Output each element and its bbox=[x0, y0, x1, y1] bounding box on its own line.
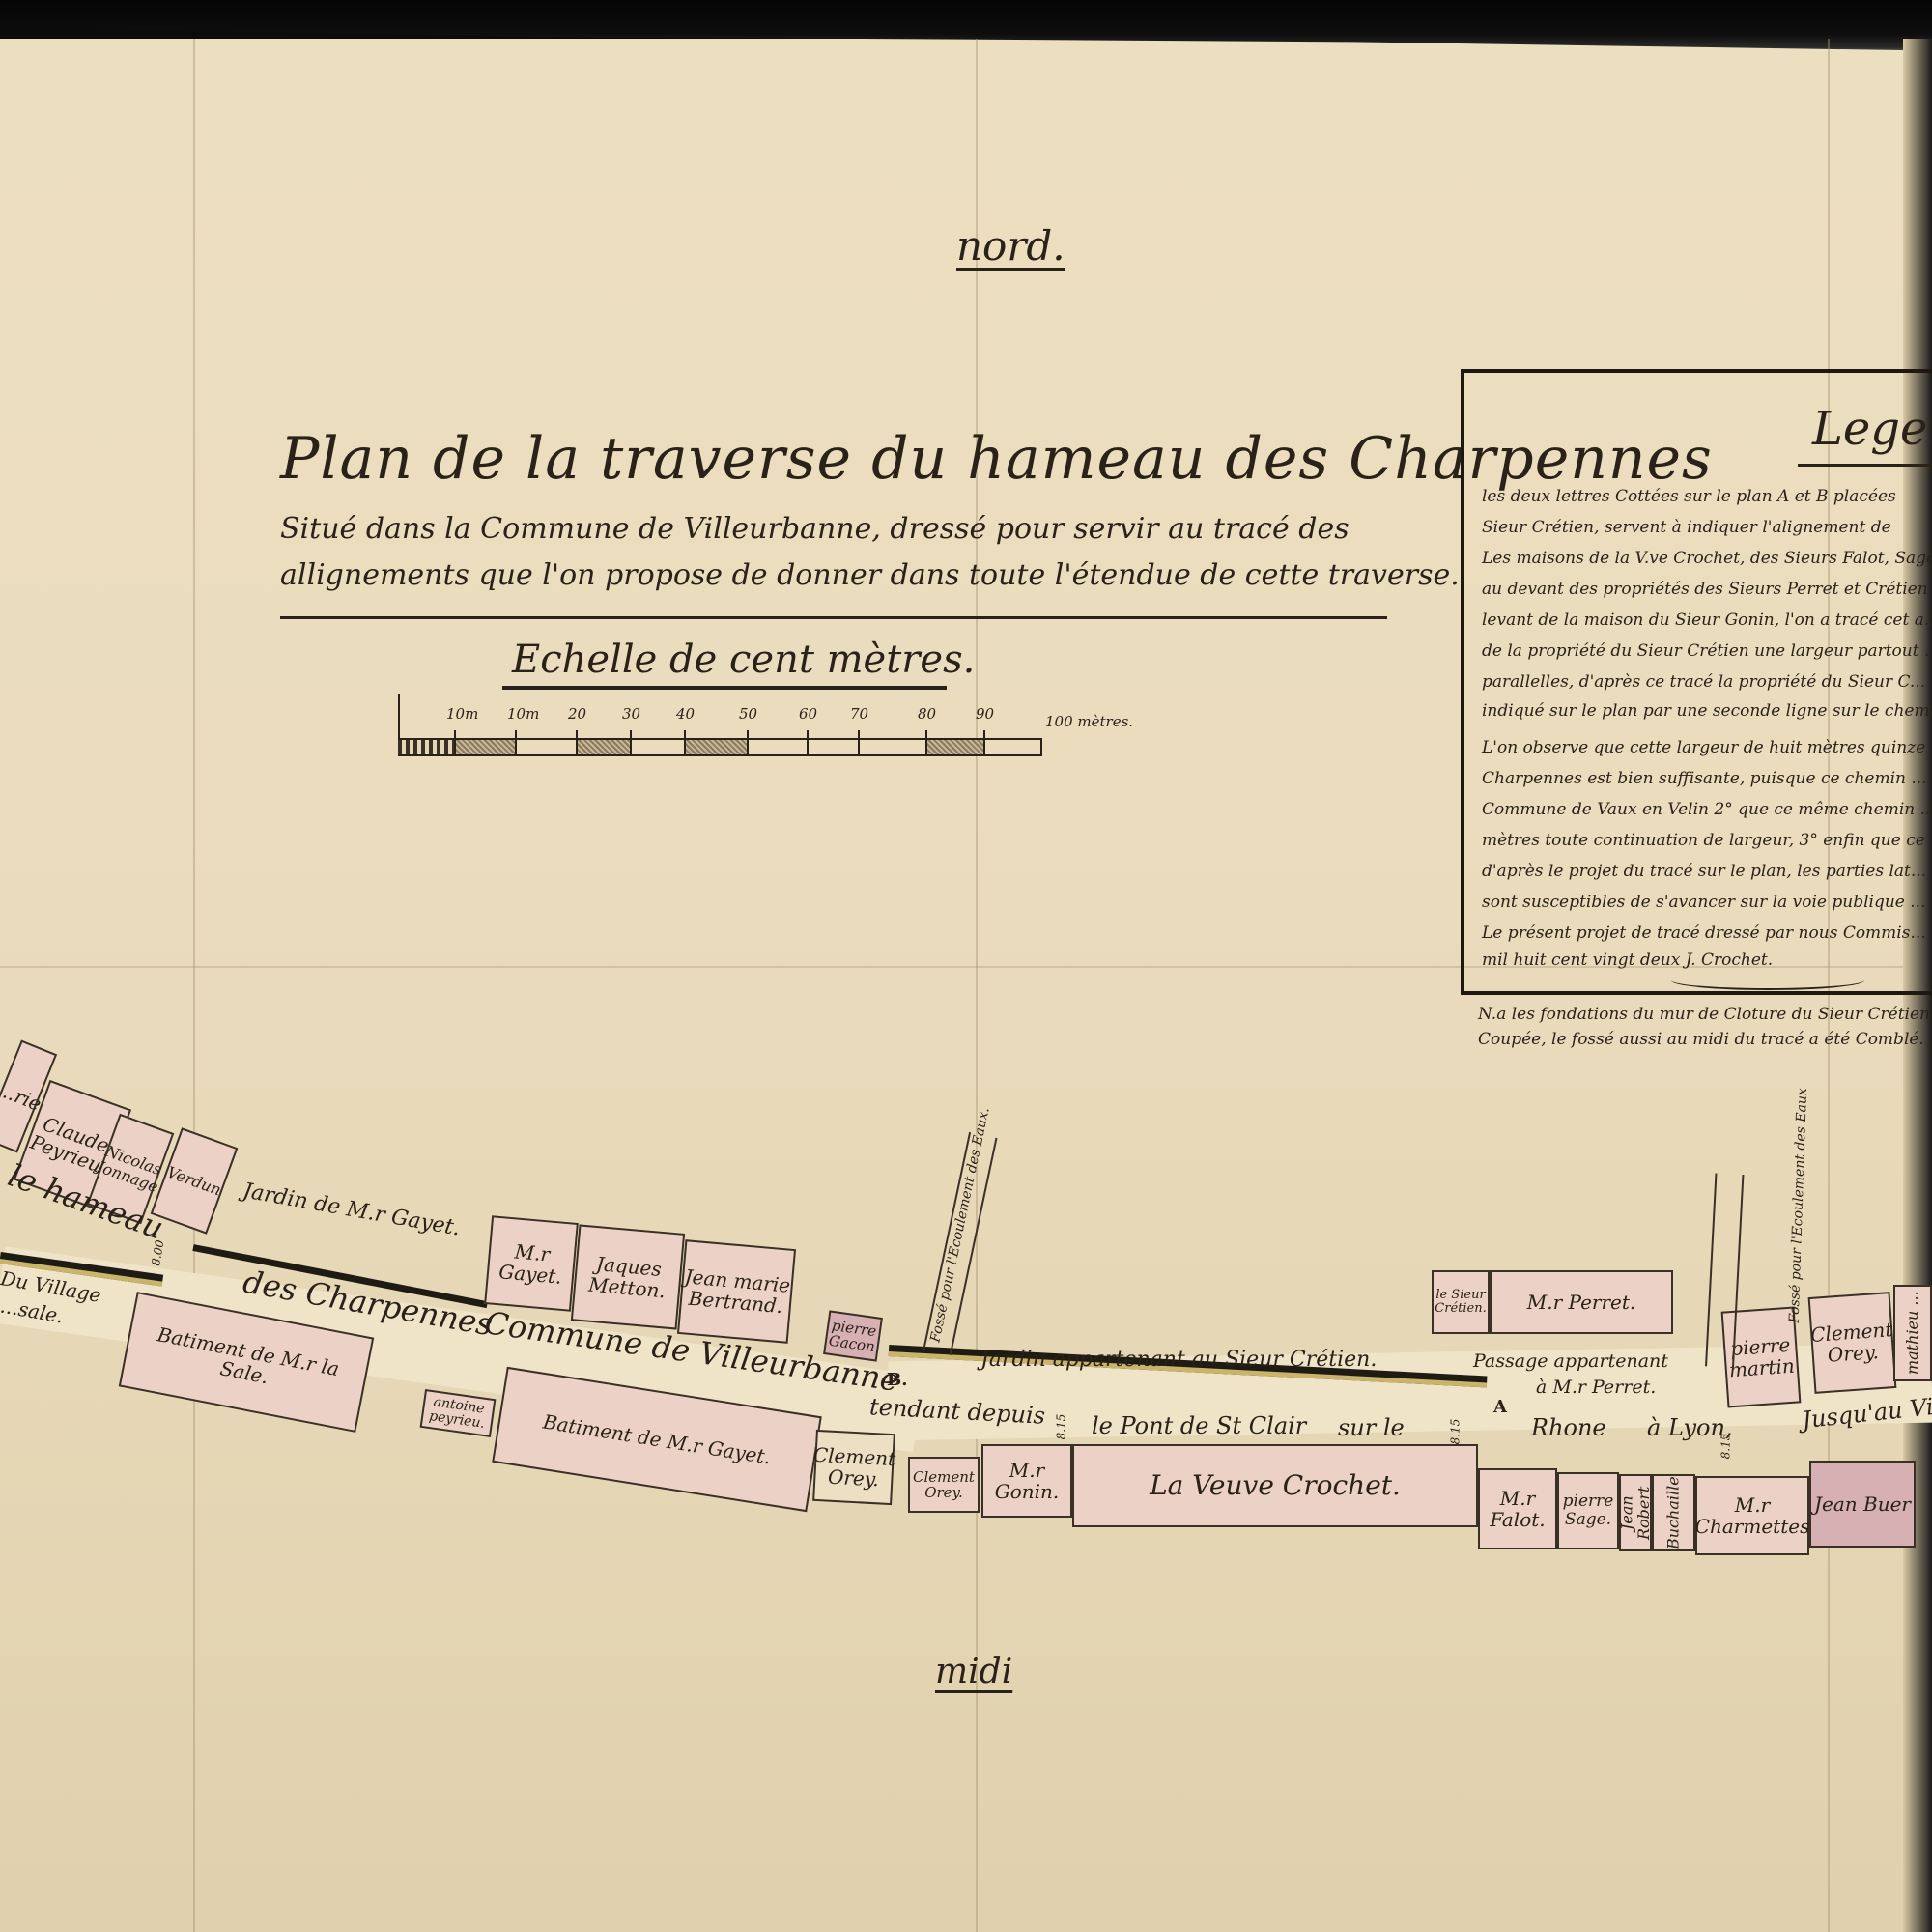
legend-note: Coupée, le fossé aussi au midi du tracé … bbox=[1478, 1030, 1924, 1049]
parcel-south: M.r Charmettes bbox=[1695, 1476, 1809, 1555]
legend-box: Legende les deux lettres Cottées sur le … bbox=[1461, 369, 1932, 995]
scale-label-end: 100 mètres. bbox=[1045, 713, 1133, 730]
scale-label: 80 bbox=[918, 705, 936, 723]
north-label: nord. bbox=[956, 222, 1065, 270]
scale-underline bbox=[502, 686, 947, 690]
scale-label: 10m bbox=[446, 705, 478, 723]
parcel-south: M.r Falot. bbox=[1478, 1468, 1557, 1549]
legend-text: Sieur Crétien, servent à indiquer l'alig… bbox=[1482, 518, 1891, 537]
scale-label: 90 bbox=[976, 705, 994, 723]
scale-tick bbox=[807, 730, 809, 756]
parcel-south: Buchaille bbox=[1652, 1474, 1695, 1551]
scale-segment bbox=[684, 740, 747, 754]
scale-tick bbox=[925, 730, 927, 756]
parcel-north: M.r Perret. bbox=[1490, 1270, 1673, 1334]
width-annotation: 8.15 bbox=[1448, 1419, 1462, 1445]
scale-segment bbox=[576, 740, 630, 754]
legend-title: Legende bbox=[1812, 402, 1932, 456]
legend-text: mètres toute continuation de largeur, 3°… bbox=[1482, 831, 1925, 850]
parcel-south: Clement Orey. bbox=[812, 1430, 895, 1505]
garden-label: Jardin appartenant au Sieur Crétien. bbox=[980, 1348, 1377, 1372]
legend-text: de la propriété du Sieur Crétien une lar… bbox=[1482, 641, 1932, 661]
legend-text: mil huit cent vingt deux J. Crochet. bbox=[1482, 951, 1773, 970]
legend-text: les deux lettres Cottées sur le plan A e… bbox=[1482, 487, 1896, 506]
south-label: midi bbox=[935, 1652, 1012, 1691]
point-B-marker: B. bbox=[887, 1370, 907, 1390]
title-underline bbox=[280, 616, 1387, 619]
scale-subdivision bbox=[398, 740, 454, 754]
legend-text: Charpennes est bien suffisante, puisque … bbox=[1482, 769, 1927, 788]
legend-text: parallelles, d'après ce tracé la proprié… bbox=[1482, 672, 1925, 692]
width-annotation: 8.15 bbox=[1054, 1414, 1067, 1440]
parcel-north: le Sieur Crétien. bbox=[1432, 1270, 1490, 1334]
passage-label: Passage appartenant bbox=[1473, 1350, 1668, 1372]
passage-label: à M.r Perret. bbox=[1536, 1377, 1656, 1398]
fold-line bbox=[976, 39, 978, 1932]
width-annotation: 8.15 bbox=[1719, 1434, 1732, 1460]
scale-title: Echelle de cent mètres. bbox=[512, 638, 975, 682]
parcel-south: pierre Sage. bbox=[1557, 1472, 1619, 1549]
legend-text: levant de la maison du Sieur Gonin, l'on… bbox=[1482, 611, 1932, 630]
road-label: sur le bbox=[1338, 1414, 1405, 1441]
parcel-south: Clement Orey. bbox=[908, 1457, 980, 1513]
parcel-south: Jean Buer bbox=[1809, 1461, 1916, 1548]
scale-tick bbox=[858, 730, 860, 756]
legend-note: N.a les fondations du mur de Cloture du … bbox=[1478, 1005, 1932, 1024]
parcel-north: M.r Gayet. bbox=[484, 1215, 579, 1311]
scale-label: 10m bbox=[507, 705, 539, 723]
scale-tick bbox=[576, 730, 578, 756]
legend-text: L'on observe que cette largeur de huit m… bbox=[1482, 738, 1925, 757]
legend-text: Commune de Vaux en Velin 2° que ce même … bbox=[1482, 800, 1932, 819]
scale-bar: 10m 10m 20 30 40 50 60 70 80 90 100 mètr… bbox=[398, 738, 1042, 756]
scale-tick bbox=[515, 730, 517, 756]
parcel-north: Jaques Metton. bbox=[571, 1224, 685, 1329]
scale-tick bbox=[747, 730, 749, 756]
scale-label: 40 bbox=[676, 705, 695, 723]
legend-text: Les maisons de la V.ve Crochet, des Sieu… bbox=[1482, 549, 1932, 568]
road-label: le Pont de St Clair bbox=[1092, 1412, 1306, 1439]
parcel-south: Jean Robert bbox=[1619, 1474, 1652, 1551]
parcel-north: mathieu ... bbox=[1893, 1285, 1932, 1381]
scale-tick bbox=[684, 730, 686, 756]
scale-label: 50 bbox=[739, 705, 757, 723]
legend-text: sont susceptibles de s'avancer sur la vo… bbox=[1482, 893, 1925, 912]
scale-tick bbox=[983, 730, 985, 756]
map-subtitle-line2: allignements que l'on propose de donner … bbox=[280, 558, 1460, 592]
fold-line bbox=[193, 39, 195, 1932]
scale-label: 60 bbox=[799, 705, 817, 723]
legend-title-underline bbox=[1798, 464, 1932, 467]
scale-segment bbox=[454, 740, 515, 754]
legend-text: Le présent projet de tracé dressé par no… bbox=[1482, 923, 1926, 943]
scale-label: 70 bbox=[850, 705, 868, 723]
scale-label: 20 bbox=[568, 705, 586, 723]
legend-text: au devant des propriétés des Sieurs Perr… bbox=[1482, 580, 1928, 599]
parcel-north: Jean marie Bertrand. bbox=[677, 1239, 796, 1344]
scale-tick bbox=[454, 730, 456, 756]
legend-text: indiqué sur le plan par une seconde lign… bbox=[1482, 701, 1932, 721]
legend-text: d'après le projet du tracé sur le plan, … bbox=[1482, 862, 1926, 881]
parcel-north: Clement Orey. bbox=[1808, 1292, 1897, 1394]
map-subtitle-line1: Situé dans la Commune de Villeurbanne, d… bbox=[280, 512, 1350, 546]
scale-label: 30 bbox=[622, 705, 640, 723]
scale-tick bbox=[630, 730, 632, 756]
signature-flourish bbox=[1671, 971, 1864, 990]
parcel-south: La Veuve Crochet. bbox=[1072, 1444, 1478, 1527]
point-A-marker: A bbox=[1493, 1397, 1507, 1417]
scale-segment bbox=[925, 740, 983, 754]
road-label: Rhone bbox=[1531, 1414, 1606, 1441]
parcel-south: M.r Gonin. bbox=[981, 1444, 1072, 1518]
